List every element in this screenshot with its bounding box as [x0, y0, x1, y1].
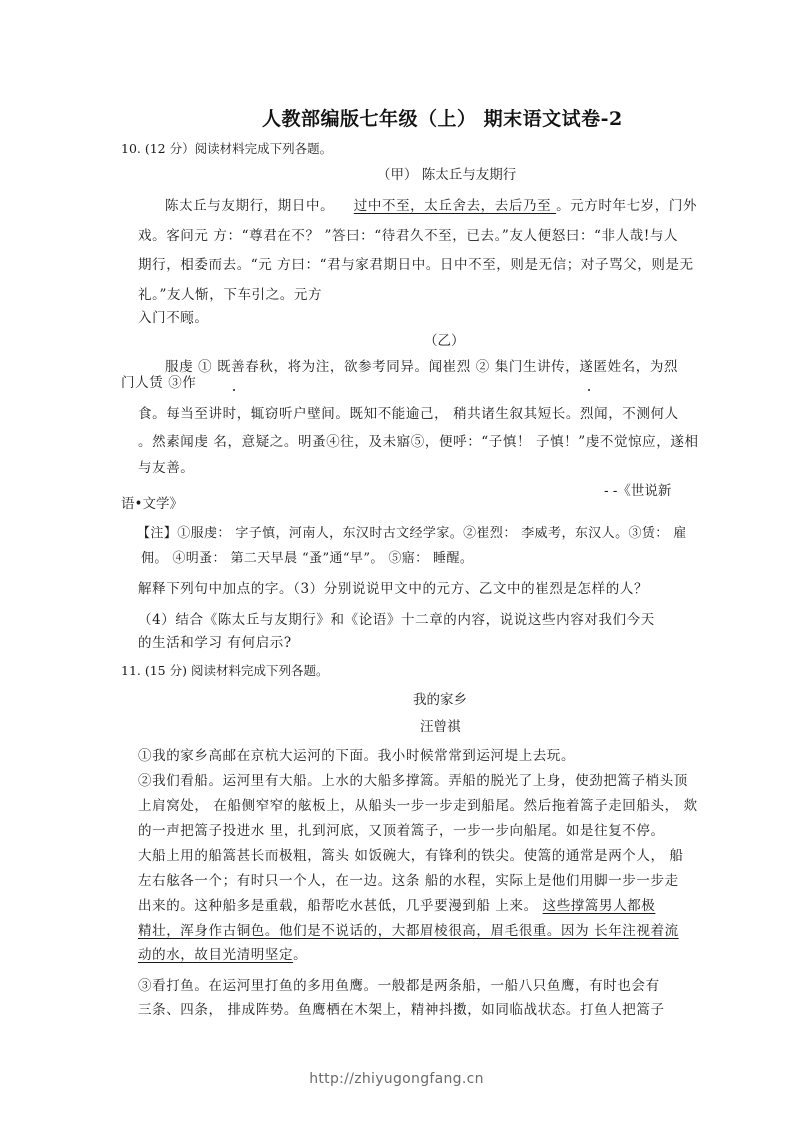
emphasis-dot: [189, 322, 191, 324]
para-2-line-1: ②我们看船。运河里有大船。上水的大船多撑篙。弄船的脱光了上身，使劲把篙子梢头顶: [138, 769, 688, 789]
yi-source-part1: - -《世说新: [604, 479, 671, 499]
para-2-line-3: 的一声把篙子投进水 里，扎到河底，又顶着篙子，一步一步向船尾。如是往复不停。: [138, 819, 665, 839]
jia-heading: （甲） 陈太丘与友期行: [377, 163, 516, 183]
notes-line-1: 【注】①服虔： 字子慎，河南人，东汉时古文经学家。②崔烈： 李威考，东汉人。③赁…: [137, 522, 687, 541]
para-2-line-6: 出来的。这种船多是重载，船帮吃水甚低，几乎要漫到船 上来。 这些撑篙男人都极: [138, 894, 655, 914]
emphasis-dot: [187, 268, 189, 270]
yi-heading: （乙）: [424, 329, 465, 349]
emphasis-dot: [588, 389, 590, 391]
para-3-line-2: 三条、四条， 排成阵势。鱼鹰栖在木架上，精神抖擞，如同临战状态。打鱼人把篙子: [138, 998, 665, 1018]
para-2-line-4: 大船上用的船篙甚长而极粗，篙头 如饭碗大，有锋利的铁尖。使篙的通常是两个人， 船: [138, 844, 684, 864]
para-2-line-8: 动的水，故目光清明坚定。: [138, 943, 307, 963]
para-1: ①我的家乡高邮在京杭大运河的下面。我小时候常常到运河堤上去玩。: [138, 744, 575, 764]
footer-url: http://zhiyugongfang.cn: [0, 1071, 793, 1087]
para-2-line8-period: 。: [293, 947, 307, 963]
yi-line-4: 。然素闻虔 名，意疑之。明蚤④往，及未寤⑤，便呼：“子慎！ 子慎！”虔不觉惊应，…: [138, 430, 699, 450]
yi-source-part2: 语•文学》: [121, 492, 183, 512]
yi-line-1: 服虔 ① 既善春秋，将为注，欲参考同异。闻崔烈 ② 集门生讲传，遂匿姓名，为烈: [165, 355, 678, 375]
underlined-sentence-start: 这些撑篙男人都极: [543, 898, 656, 914]
page-title: 人教部编版七年级（上） 期末语文试卷-2: [262, 104, 623, 131]
yi-line-3: 食。每当至讲时，辄窃听户壁间。既知不能逾己， 稍共诸生叙其短长。烈闻，不测何人: [138, 402, 679, 422]
para-2-line6-text: 出来的。这种船多是重载，船帮吃水甚低，几乎要漫到船 上来。: [138, 898, 543, 914]
yi-line-2: 门人赁 ③作: [121, 371, 196, 391]
underlined-sentence-end: 动的水，故目光清明坚定: [138, 947, 293, 963]
jia-line-4: 礼。”友人惭，下车引之。元方: [138, 283, 322, 303]
jia-line-5: 入门不顾。: [138, 306, 209, 326]
notes-line-2: 佣。 ④明蚤： 第二天早晨 “蚤”通“早”。 ⑤寤： 睡醒。: [141, 547, 473, 566]
essay-author: 汪曾祺: [420, 715, 461, 735]
jia-underlined-sentence: 过中不至，太丘舍去，去后乃至: [354, 198, 556, 214]
jia-line-1: 陈太丘与友期行，期日中。 过中不至，太丘舍去，去后乃至 。元方时年七岁，门外: [165, 194, 697, 214]
underlined-sentence-middle: 精壮，浑身作古铜色。他们是不说话的，大都眉棱很高，眉毛很重。因为 长年注视着流: [138, 919, 679, 939]
essay-title: 我的家乡: [413, 688, 467, 708]
q10-header: 10. (12 分）阅读材料完成下列各题。: [121, 139, 332, 157]
task-line: 解释下列句中加点的字。（3）分别说说甲文中的元方、乙文中的崔烈是怎样的人？: [138, 577, 648, 597]
task4-line-2: 的生活和学习 有何启示?: [138, 631, 292, 651]
jia-line1-rest: 。元方时年七岁，门外: [556, 198, 697, 214]
emphasis-dot: [233, 389, 235, 391]
yi-line-5: 与友善。: [138, 456, 194, 476]
para-3-line-1: ③看打鱼。在运河里打鱼的多用鱼鹰。一般都是两条船，一船八只鱼鹰，有时也会有: [138, 974, 660, 994]
task4-line-1: （4）结合《陈太丘与友期行》和《论语》十二章的内容，说说这些内容对我们今天: [138, 608, 655, 628]
jia-line-2: 戏。客问元 方：“尊君在不？ ”答曰：“待君久不至，已去。”友人便怒曰：“非人哉…: [138, 224, 678, 244]
para-2-line-5: 左右舷各一个；有时只一个人，在一边。这条 船的水程，实际上是他们用脚一步一步走: [138, 869, 679, 889]
jia-line-3: 期行，相委而去。“元 方曰：“君与家君期日中。日中不至，则是无信；对子骂父，则是…: [138, 253, 694, 273]
para-2-line-2: 上肩窝处， 在船侧窄窄的舷板上，从船头一步一步走到船尾。然后拖着篙子走回船头， …: [138, 794, 698, 814]
jia-line1-text: 陈太丘与友期行，期日中。: [165, 198, 334, 214]
q11-header: 11. (15 分) 阅读材料完成下列各题。: [121, 661, 328, 679]
